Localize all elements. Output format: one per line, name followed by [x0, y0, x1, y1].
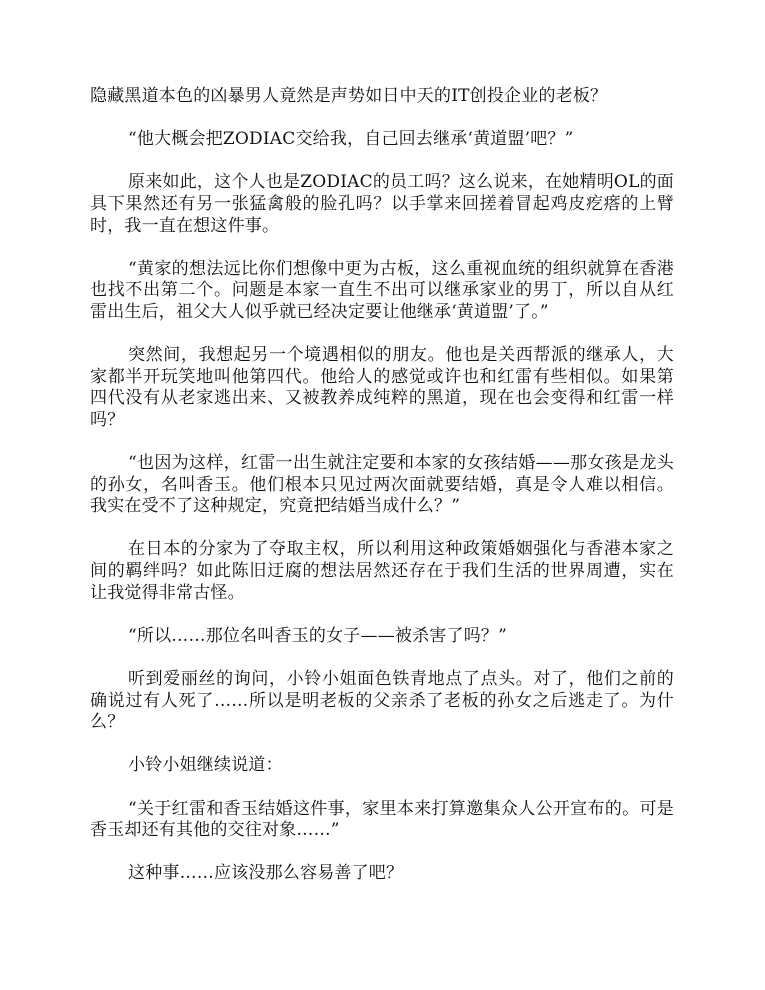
document-page: 隐藏黑道本色的凶暴男人竟然是声势如日中天的IT创投企业的老板？ “他大概会把ZO… [90, 86, 674, 907]
paragraph-8: “所以……那位名叫香玉的女子——被杀害了吗？” [90, 626, 674, 648]
paragraph-4: “黄家的想法远比你们想像中更为古板，这么重视血统的组织就算在香港也找不出第二个。… [90, 259, 674, 324]
paragraph-1: 隐藏黑道本色的凶暴男人竟然是声势如日中天的IT创投企业的老板？ [90, 86, 674, 108]
paragraph-7: 在日本的分家为了夺取主权，所以利用这种政策婚姻强化与香港本家之间的羁绊吗？如此陈… [90, 539, 674, 604]
paragraph-6: “也因为这样，红雷一出生就注定要和本家的女孩结婚——那女孩是龙头的孙女，名叫香玉… [90, 453, 674, 518]
paragraph-12: 这种事……应该没那么容易善了吧？ [90, 863, 674, 885]
paragraph-5: 突然间，我想起另一个境遇相似的朋友。他也是关西帮派的继承人，大家都半开玩笑地叫他… [90, 345, 674, 431]
paragraph-2: “他大概会把ZODIAC交给我，自己回去继承‘黄道盟’吧？” [90, 129, 674, 151]
paragraph-3: 原来如此，这个人也是ZODIAC的员工吗？这么说来，在她精明OL的面具下果然还有… [90, 172, 674, 237]
paragraph-10: 小铃小姐继续说道： [90, 755, 674, 777]
paragraph-11: “关于红雷和香玉结婚这件事，家里本来打算邀集众人公开宣布的。可是香玉却还有其他的… [90, 799, 674, 842]
paragraph-9: 听到爱丽丝的询问，小铃小姐面色铁青地点了点头。对了，他们之前的确说过有人死了……… [90, 669, 674, 734]
